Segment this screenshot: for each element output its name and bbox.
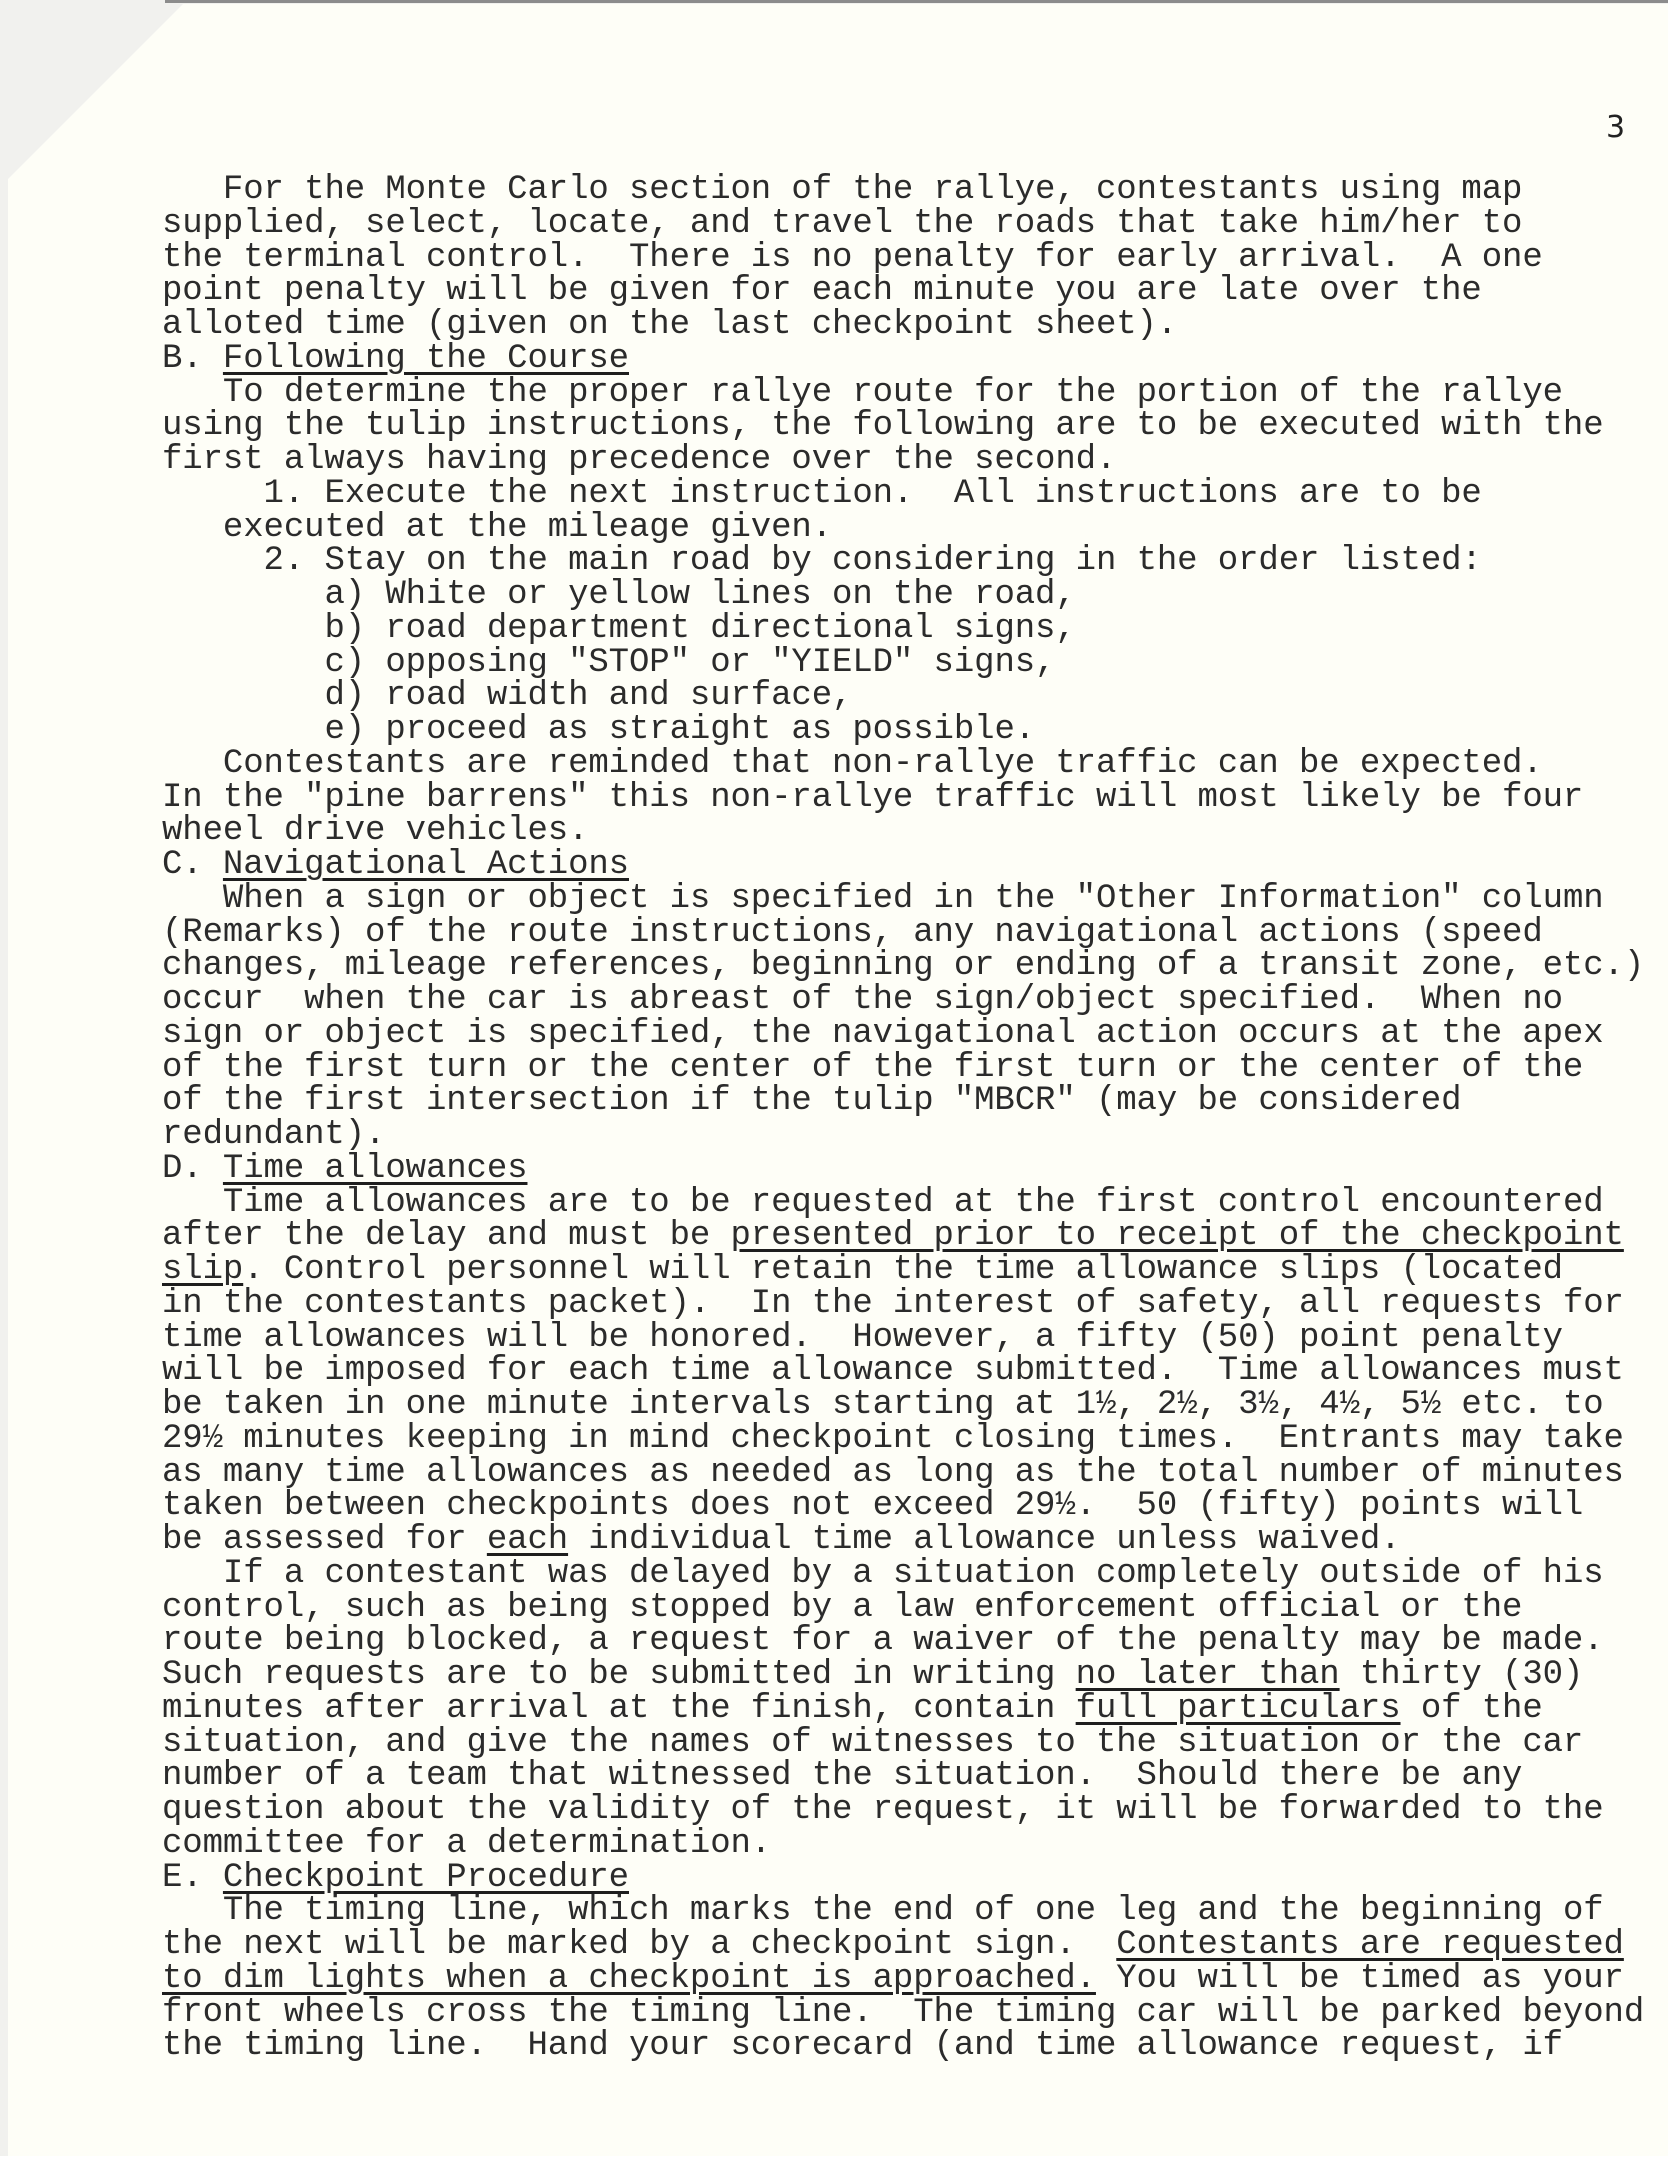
line-text: as many time allowances as needed as lon… bbox=[162, 1454, 1624, 1492]
indent bbox=[162, 576, 324, 614]
line-text: For the Monte Carlo section of the rally… bbox=[223, 171, 1522, 209]
text-line: 29½ minutes keeping in mind checkpoint c… bbox=[162, 1423, 1644, 1457]
line-text: route being blocked, a request for a wai… bbox=[162, 1622, 1604, 1660]
section-letter: C. bbox=[162, 846, 223, 884]
scan-top-edge bbox=[165, 0, 1668, 3]
line-text: changes, mileage references, beginning o… bbox=[162, 947, 1644, 985]
line-text: (Remarks) of the route instructions, any… bbox=[162, 914, 1543, 952]
line-text: first always having precedence over the … bbox=[162, 441, 1116, 479]
text-line: to dim lights when a checkpoint is appro… bbox=[162, 1963, 1644, 1997]
underlined-emphasis: slip bbox=[162, 1251, 243, 1289]
line-text: 1. Execute the next instruction. All ins… bbox=[264, 475, 1482, 513]
text-segment: You will be timed as your bbox=[1096, 1960, 1624, 1998]
text-line: To determine the proper rallye route for… bbox=[162, 377, 1644, 411]
text-segment: Such requests are to be submitted in wri… bbox=[162, 1656, 1076, 1694]
text-line: be taken in one minute intervals startin… bbox=[162, 1389, 1644, 1423]
text-line: 1. Execute the next instruction. All ins… bbox=[162, 478, 1644, 512]
line-text: control, such as being stopped by a law … bbox=[162, 1589, 1522, 1627]
text-line: as many time allowances as needed as lon… bbox=[162, 1457, 1644, 1491]
line-text: The timing line, which marks the end of … bbox=[223, 1892, 1604, 1930]
text-line: Contestants are reminded that non-rallye… bbox=[162, 748, 1644, 782]
line-text: the terminal control. There is no penalt… bbox=[162, 239, 1543, 277]
section-heading: D. Time allowances bbox=[162, 1153, 1644, 1187]
line-text: redundant). bbox=[162, 1116, 385, 1154]
line-text: executed at the mileage given. bbox=[223, 509, 832, 547]
line-text: Contestants are reminded that non-rallye… bbox=[223, 745, 1543, 783]
section-heading: E. Checkpoint Procedure bbox=[162, 1862, 1644, 1896]
indent bbox=[162, 677, 324, 715]
text-line: c) opposing "STOP" or "YIELD" signs, bbox=[162, 647, 1644, 681]
text-line: slip. Control personnel will retain the … bbox=[162, 1254, 1644, 1288]
line-text: time allowances will be honored. However… bbox=[162, 1319, 1563, 1357]
text-line: front wheels cross the timing line. The … bbox=[162, 1997, 1644, 2031]
line-text: of the first turn or the center of the f… bbox=[162, 1049, 1583, 1087]
text-line: When a sign or object is specified in th… bbox=[162, 883, 1644, 917]
text-segment: of the bbox=[1401, 1690, 1543, 1728]
text-line: first always having precedence over the … bbox=[162, 444, 1644, 478]
indent bbox=[162, 1892, 223, 1930]
text-line: e) proceed as straight as possible. bbox=[162, 714, 1644, 748]
section-title: Navigational Actions bbox=[223, 846, 629, 884]
line-text: number of a team that witnessed the situ… bbox=[162, 1757, 1522, 1795]
text-line: of the first intersection if the tulip "… bbox=[162, 1085, 1644, 1119]
line-text: sign or object is specified, the navigat… bbox=[162, 1015, 1604, 1053]
indent bbox=[162, 644, 324, 682]
line-text: situation, and give the names of witness… bbox=[162, 1724, 1583, 1762]
text-line: wheel drive vehicles. bbox=[162, 815, 1644, 849]
line-text: question about the validity of the reque… bbox=[162, 1791, 1604, 1829]
line-text: b) road department directional signs, bbox=[324, 610, 1075, 648]
indent bbox=[162, 880, 223, 918]
underlined-emphasis: full particulars bbox=[1076, 1690, 1401, 1728]
text-line: executed at the mileage given. bbox=[162, 512, 1644, 546]
text-line: If a contestant was delayed by a situati… bbox=[162, 1558, 1644, 1592]
indent bbox=[162, 374, 223, 412]
text-line: 2. Stay on the main road by considering … bbox=[162, 545, 1644, 579]
text-line: be assessed for each individual time all… bbox=[162, 1524, 1644, 1558]
line-text: alloted time (given on the last checkpoi… bbox=[162, 306, 1177, 344]
underlined-emphasis: to dim lights when a checkpoint is appro… bbox=[162, 1960, 1096, 1998]
text-line: number of a team that witnessed the situ… bbox=[162, 1760, 1644, 1794]
line-text: taken between checkpoints does not excee… bbox=[162, 1487, 1583, 1525]
section-letter: D. bbox=[162, 1150, 223, 1188]
text-line: of the first turn or the center of the f… bbox=[162, 1052, 1644, 1086]
text-line: after the delay and must be presented pr… bbox=[162, 1220, 1644, 1254]
line-text: d) road width and surface, bbox=[324, 677, 852, 715]
underlined-emphasis: Contestants are requested bbox=[1116, 1926, 1624, 1964]
indent bbox=[162, 171, 223, 209]
text-line: Such requests are to be submitted in wri… bbox=[162, 1659, 1644, 1693]
line-text: wheel drive vehicles. bbox=[162, 812, 588, 850]
indent bbox=[162, 610, 324, 648]
line-text: When a sign or object is specified in th… bbox=[223, 880, 1604, 918]
text-segment: after the delay and must be bbox=[162, 1217, 731, 1255]
line-text: of the first intersection if the tulip "… bbox=[162, 1082, 1461, 1120]
line-text: a) White or yellow lines on the road, bbox=[324, 576, 1075, 614]
line-text: In the "pine barrens" this non-rallye tr… bbox=[162, 779, 1583, 817]
underlined-emphasis: each bbox=[487, 1521, 568, 1559]
text-line: In the "pine barrens" this non-rallye tr… bbox=[162, 782, 1644, 816]
line-text: front wheels cross the timing line. The … bbox=[162, 1994, 1644, 2032]
text-line: Time allowances are to be requested at t… bbox=[162, 1187, 1644, 1221]
line-text: supplied, select, locate, and travel the… bbox=[162, 205, 1522, 243]
line-text: in the contestants packet). In the inter… bbox=[162, 1285, 1624, 1323]
text-line: using the tulip instructions, the follow… bbox=[162, 410, 1644, 444]
text-line: in the contestants packet). In the inter… bbox=[162, 1288, 1644, 1322]
line-text: will be imposed for each time allowance … bbox=[162, 1352, 1624, 1390]
section-letter: B. bbox=[162, 340, 223, 378]
text-line: the terminal control. There is no penalt… bbox=[162, 242, 1644, 276]
text-segment: minutes after arrival at the finish, con… bbox=[162, 1690, 1076, 1728]
indent bbox=[162, 1184, 223, 1222]
underlined-emphasis: presented prior to receipt of the checkp… bbox=[731, 1217, 1624, 1255]
text-segment: . Control personnel will retain the time… bbox=[243, 1251, 1563, 1289]
indent bbox=[162, 475, 264, 513]
text-line: (Remarks) of the route instructions, any… bbox=[162, 917, 1644, 951]
page-number: 3 bbox=[1606, 110, 1625, 145]
section-heading: C. Navigational Actions bbox=[162, 849, 1644, 883]
line-text: occur when the car is abreast of the sig… bbox=[162, 981, 1563, 1019]
section-title: Time allowances bbox=[223, 1150, 528, 1188]
line-text: using the tulip instructions, the follow… bbox=[162, 407, 1604, 445]
section-title: Following the Course bbox=[223, 340, 629, 378]
indent bbox=[162, 542, 264, 580]
line-text: point penalty will be given for each min… bbox=[162, 272, 1482, 310]
document-body: For the Monte Carlo section of the rally… bbox=[162, 174, 1644, 2064]
section-letter: E. bbox=[162, 1859, 223, 1897]
text-line: taken between checkpoints does not excee… bbox=[162, 1490, 1644, 1524]
text-line: time allowances will be honored. However… bbox=[162, 1322, 1644, 1356]
line-text: If a contestant was delayed by a situati… bbox=[223, 1555, 1604, 1593]
text-line: minutes after arrival at the finish, con… bbox=[162, 1693, 1644, 1727]
text-line: the timing line. Hand your scorecard (an… bbox=[162, 2030, 1644, 2064]
line-text: e) proceed as straight as possible. bbox=[324, 711, 1035, 749]
text-line: The timing line, which marks the end of … bbox=[162, 1895, 1644, 1929]
text-line: d) road width and surface, bbox=[162, 680, 1644, 714]
text-line: point penalty will be given for each min… bbox=[162, 275, 1644, 309]
text-line: alloted time (given on the last checkpoi… bbox=[162, 309, 1644, 343]
underlined-emphasis: no later than bbox=[1076, 1656, 1340, 1694]
text-line: situation, and give the names of witness… bbox=[162, 1727, 1644, 1761]
text-line: will be imposed for each time allowance … bbox=[162, 1355, 1644, 1389]
line-text: c) opposing "STOP" or "YIELD" signs, bbox=[324, 644, 1055, 682]
line-text: 2. Stay on the main road by considering … bbox=[264, 542, 1482, 580]
section-heading: B. Following the Course bbox=[162, 343, 1644, 377]
text-line: supplied, select, locate, and travel the… bbox=[162, 208, 1644, 242]
indent bbox=[162, 1555, 223, 1593]
text-line: route being blocked, a request for a wai… bbox=[162, 1625, 1644, 1659]
text-line: committee for a determination. bbox=[162, 1828, 1644, 1862]
text-line: b) road department directional signs, bbox=[162, 613, 1644, 647]
line-text: committee for a determination. bbox=[162, 1825, 771, 1863]
text-line: question about the validity of the reque… bbox=[162, 1794, 1644, 1828]
section-title: Checkpoint Procedure bbox=[223, 1859, 629, 1897]
text-line: control, such as being stopped by a law … bbox=[162, 1592, 1644, 1626]
line-text: To determine the proper rallye route for… bbox=[223, 374, 1563, 412]
text-line: sign or object is specified, the navigat… bbox=[162, 1018, 1644, 1052]
line-text: 29½ minutes keeping in mind checkpoint c… bbox=[162, 1420, 1624, 1458]
line-text: be taken in one minute intervals startin… bbox=[162, 1386, 1604, 1424]
text-line: occur when the car is abreast of the sig… bbox=[162, 984, 1644, 1018]
text-segment: be assessed for bbox=[162, 1521, 487, 1559]
text-line: For the Monte Carlo section of the rally… bbox=[162, 174, 1644, 208]
text-segment: the next will be marked by a checkpoint … bbox=[162, 1926, 1116, 1964]
indent bbox=[162, 509, 223, 547]
line-text: the timing line. Hand your scorecard (an… bbox=[162, 2027, 1563, 2065]
indent bbox=[162, 711, 324, 749]
line-text: Time allowances are to be requested at t… bbox=[223, 1184, 1604, 1222]
scan-bottom-margin bbox=[0, 2156, 1668, 2172]
text-segment: thirty (30) bbox=[1340, 1656, 1584, 1694]
text-line: redundant). bbox=[162, 1119, 1644, 1153]
text-line: changes, mileage references, beginning o… bbox=[162, 950, 1644, 984]
indent bbox=[162, 745, 223, 783]
text-line: a) White or yellow lines on the road, bbox=[162, 579, 1644, 613]
text-line: the next will be marked by a checkpoint … bbox=[162, 1929, 1644, 1963]
text-segment: individual time allowance unless waived. bbox=[568, 1521, 1400, 1559]
